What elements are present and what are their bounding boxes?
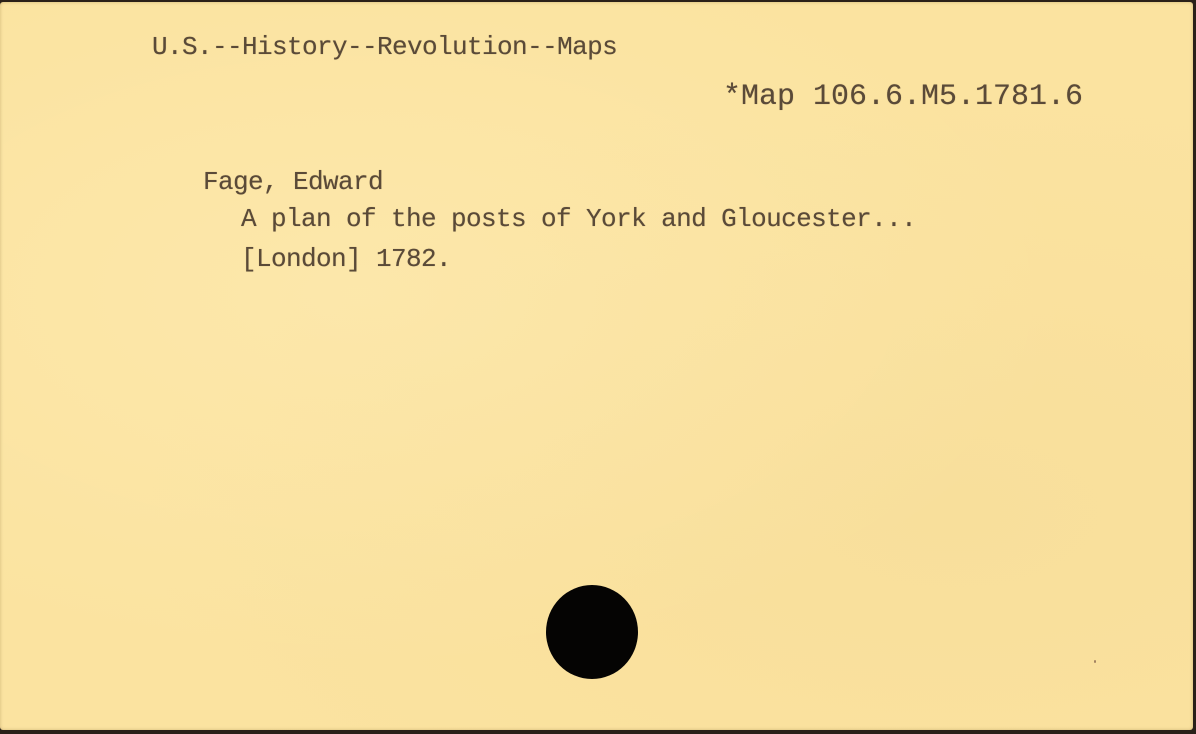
imprint: [London] 1782. (241, 244, 451, 274)
call-number: *Map 106.6.M5.1781.6 (723, 82, 1083, 112)
punch-hole (546, 585, 638, 679)
catalog-card: U.S.--History--Revolution--Maps *Map 106… (0, 2, 1193, 730)
paper-speck (1094, 660, 1096, 663)
work-title: A plan of the posts of York and Gloucest… (241, 204, 916, 234)
author-name: Fage, Edward (203, 167, 383, 197)
subject-heading: U.S.--History--Revolution--Maps (152, 32, 617, 62)
